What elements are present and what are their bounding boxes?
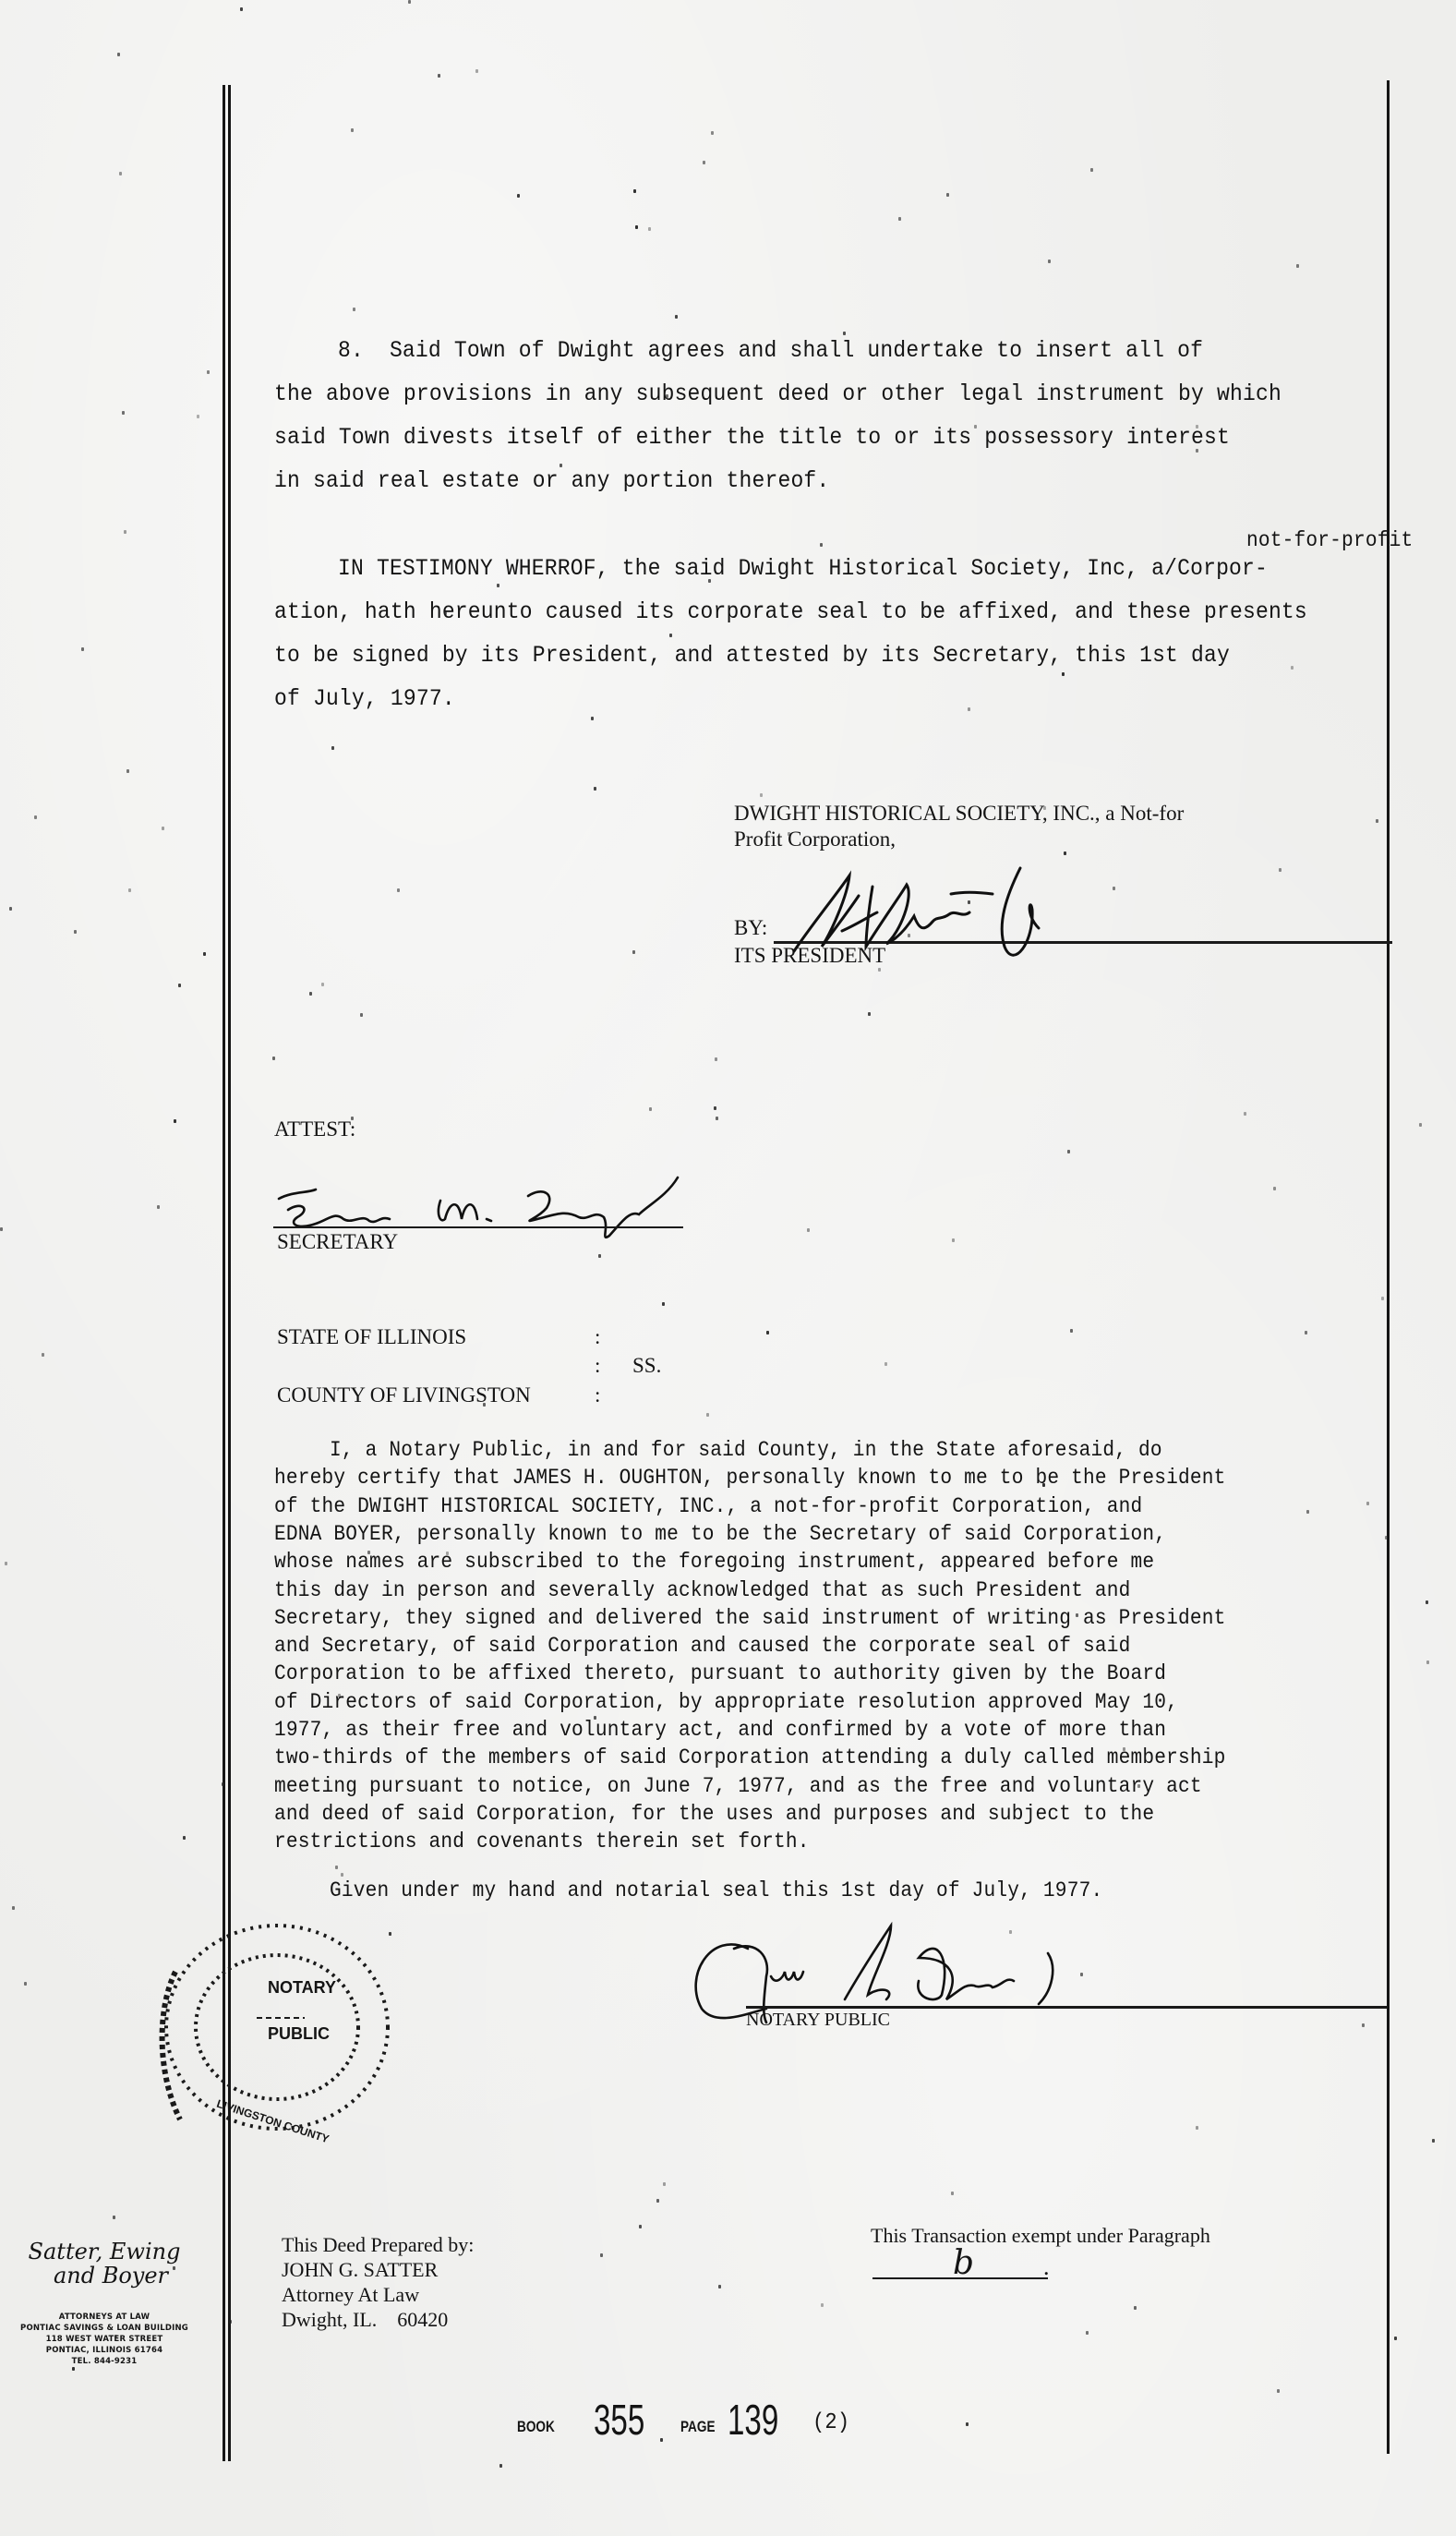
scan-speck [1394, 2337, 1397, 2340]
notary-certificate-line: and Secretary, of said Corporation and c… [274, 1632, 1131, 1660]
scan-speck [807, 1228, 810, 1232]
scan-speck [113, 2216, 115, 2219]
scan-speck [660, 2438, 663, 2442]
scan-speck [1043, 806, 1046, 810]
scan-speck [666, 394, 668, 398]
scan-speck [1306, 1510, 1309, 1514]
paragraph-8-line: 8. Said Town of Dwight agrees and shall … [338, 329, 1203, 372]
scan-speck [338, 1694, 341, 1697]
scan-speck [12, 1906, 15, 1910]
scan-speck [1123, 1747, 1125, 1751]
prepared-by-line: Attorney At Law [282, 2283, 419, 2307]
sheet-number: (2) [812, 2410, 849, 2435]
paragraph-8-line: the above provisions in any subsequent d… [274, 372, 1282, 416]
scan-speck [1137, 1784, 1140, 1788]
prepared-by-line: Dwight, IL. 60420 [282, 2308, 448, 2332]
scan-speck [119, 172, 122, 175]
scan-speck [966, 2422, 969, 2426]
scan-speck [321, 983, 324, 986]
scan-speck [517, 194, 520, 198]
scan-speck [1385, 1536, 1388, 1540]
scan-speck [197, 415, 199, 418]
scan-speck [9, 907, 12, 911]
notary-certificate-line: whose names are subscribed to the forego… [274, 1548, 1154, 1576]
scan-speck [591, 717, 594, 720]
notary-seal-impression [138, 1916, 434, 2175]
scan-speck [162, 827, 164, 830]
notary-certificate-line: I, a Notary Public, in and for said Coun… [330, 1436, 1162, 1464]
notary-certificate-line: meeting pursuant to notice, on June 7, 1… [274, 1772, 1202, 1800]
scan-speck [952, 1238, 955, 1242]
law-firm-detail: PONTIAC, ILLINOIS 61764 [17, 2345, 192, 2356]
scan-speck [444, 611, 447, 615]
notary-certificate-line: of the DWIGHT HISTORICAL SOCIETY, INC., … [274, 1492, 1142, 1520]
scan-speck [335, 1866, 338, 1869]
grantor-name-line: DWIGHT HISTORICAL SOCIETY, INC., a Not-f… [734, 802, 1184, 826]
prepared-by-line: This Deed Prepared by: [282, 2233, 474, 2257]
scan-speck [122, 411, 125, 415]
venue-colon: : [595, 1383, 600, 1407]
scan-speck [1009, 1930, 1012, 1934]
scan-speck [820, 543, 823, 547]
notary-signature-line [746, 2006, 1387, 2009]
paragraph-8-line: in said real estate or any portion there… [274, 459, 829, 502]
notary-certificate-line: EDNA BOYER, personally known to me to be… [274, 1520, 1166, 1548]
scan-speck [446, 1552, 449, 1555]
scan-speck [968, 707, 970, 711]
scan-speck [1291, 666, 1294, 670]
scan-speck [475, 69, 478, 73]
scan-speck [1296, 264, 1299, 268]
scan-speck [1048, 260, 1051, 263]
scan-speck [483, 1403, 486, 1407]
notary-certificate-line: and deed of said Corporation, for the us… [274, 1800, 1154, 1828]
secretary-title: SECRETARY [277, 1230, 398, 1254]
scan-speck [708, 579, 711, 583]
notary-certificate-line: Corporation to be affixed thereto, pursu… [274, 1660, 1166, 1687]
scan-speck [174, 1119, 176, 1123]
scan-speck [117, 53, 120, 56]
scan-speck [560, 464, 562, 467]
seal-top-text: NOTARY [268, 1978, 336, 1998]
scan-speck [157, 1205, 160, 1209]
scan-speck [951, 2192, 954, 2195]
scan-speck [1196, 449, 1198, 453]
scan-speck [594, 787, 596, 791]
testimony-insertion: not-for-profit [1246, 528, 1413, 552]
scan-speck [229, 2320, 232, 2324]
scan-speck [309, 992, 312, 996]
notary-certificate-line: this day in person and severally acknowl… [274, 1576, 1131, 1604]
scan-speck [1381, 1297, 1384, 1300]
notary-certificate-line: two-thirds of the members of said Corpor… [274, 1744, 1226, 1771]
scan-speck [222, 1782, 224, 1786]
scan-speck [648, 227, 651, 231]
scan-speck [1062, 672, 1065, 676]
notary-certificate-line: Secretary, they signed and delivered the… [274, 1604, 1226, 1632]
scan-speck [675, 315, 678, 319]
law-firm-detail: ATTORNEYS AT LAW [17, 2312, 192, 2323]
venue-colon: : [595, 1325, 600, 1349]
scan-speck [635, 225, 638, 229]
scan-speck [389, 1932, 391, 1936]
scan-speck [908, 934, 910, 937]
law-firm-detail: 118 WEST WATER STREET [17, 2334, 192, 2345]
scan-speck [1273, 1187, 1276, 1190]
scan-speck [898, 217, 901, 221]
scan-speck [128, 888, 131, 892]
notary-certificate-line: restrictions and covenants therein set f… [274, 1828, 810, 1855]
scan-speck [633, 189, 636, 193]
scan-speck [173, 2266, 175, 2270]
scan-speck [1366, 1502, 1369, 1505]
book-label: BOOK [517, 2418, 555, 2436]
scan-speck [656, 2199, 659, 2203]
scan-speck [1076, 1613, 1078, 1617]
scan-speck [1113, 887, 1115, 890]
scan-speck [843, 332, 846, 335]
scan-speck [408, 0, 411, 4]
scan-speck [703, 161, 705, 164]
scan-speck [497, 584, 499, 587]
scan-speck [878, 968, 881, 972]
scan-speck [272, 1057, 275, 1060]
law-firm-imprint: Satter, Ewing and Boyer ATTORNEYS AT LAW… [17, 2240, 192, 2367]
scan-speck [1426, 1600, 1428, 1604]
scan-speck [1067, 1150, 1070, 1153]
right-margin-rule [1387, 80, 1390, 2454]
scan-speck [72, 2367, 75, 2371]
scan-speck [1432, 2139, 1435, 2143]
exemption-paragraph-value: b [953, 2244, 974, 2282]
scan-speck [207, 370, 210, 374]
scan-speck [821, 2303, 824, 2307]
scan-speck [203, 952, 206, 956]
scan-speck [240, 7, 243, 11]
paragraph-8-line: said Town divests itself of either the t… [274, 416, 1230, 459]
scan-speck [124, 530, 126, 534]
scan-speck [499, 2464, 502, 2468]
scan-speck [632, 950, 635, 954]
scan-speck [981, 1782, 984, 1786]
exemption-trailing-period: . [1043, 2253, 1050, 2281]
scan-speck [1090, 168, 1093, 172]
scan-speck [360, 1013, 363, 1017]
scan-speck [351, 128, 354, 132]
venue-state: STATE OF ILLINOIS [277, 1325, 466, 1349]
scan-speck [760, 793, 763, 797]
law-firm-detail: PONTIAC SAVINGS & LOAN BUILDING [17, 2323, 192, 2334]
scan-speck [5, 1562, 7, 1565]
scan-speck [42, 1353, 44, 1357]
scan-speck [718, 2285, 721, 2288]
attest-label: ATTEST: [274, 1117, 355, 1141]
secretary-signature-line [273, 1226, 683, 1228]
notary-given-line: Given under my hand and notarial seal th… [330, 1877, 1102, 1904]
scan-speck [1279, 868, 1282, 872]
scan-speck [81, 647, 84, 651]
testimony-line: of July, 1977. [274, 677, 455, 720]
scan-speck [1032, 1611, 1035, 1614]
scan-speck [639, 2225, 642, 2228]
notary-certificate-line: of Directors of said Corporation, by app… [274, 1688, 1178, 1716]
seal-bottom-text: PUBLIC [268, 2024, 330, 2044]
scan-speck [799, 1644, 801, 1648]
scan-speck [884, 1362, 887, 1366]
scan-speck [946, 193, 949, 197]
scan-speck [715, 1057, 717, 1061]
scan-speck [663, 2182, 666, 2186]
scan-speck [353, 308, 355, 311]
scan-speck [1196, 425, 1198, 429]
prepared-by-line: JOHN G. SATTER [282, 2258, 438, 2282]
scan-speck [940, 343, 943, 346]
scan-speck [183, 1836, 186, 1840]
scan-speck [598, 1254, 601, 1258]
grantor-name-line: Profit Corporation, [734, 827, 896, 851]
scan-speck [351, 1117, 354, 1120]
scan-speck [1086, 2331, 1089, 2335]
scan-speck [788, 832, 790, 836]
scan-speck [1196, 2126, 1198, 2130]
scan-speck [1362, 2023, 1365, 2027]
scan-speck [1064, 851, 1066, 855]
scan-speck [178, 984, 181, 987]
scan-speck [1419, 1123, 1422, 1127]
scan-speck [1376, 819, 1378, 823]
venue-county: COUNTY OF LIVINGSTON [277, 1383, 531, 1407]
scan-speck [1277, 2389, 1280, 2393]
testimony-line: ation, hath hereunto caused its corporat… [274, 590, 1307, 634]
scan-speck [331, 746, 334, 750]
scan-speck [669, 634, 672, 637]
scan-speck [711, 131, 714, 135]
scan-speck [126, 769, 129, 773]
law-firm-name-line: Satter, Ewing [17, 2240, 192, 2264]
scan-speck [34, 815, 37, 819]
scan-speck [968, 900, 970, 904]
scan-speck [1134, 2306, 1137, 2310]
notary-title: NOTARY PUBLIC [746, 2010, 890, 2031]
page-label: PAGE [680, 2418, 716, 2436]
notary-certificate-line: hereby certify that JAMES H. OUGHTON, pe… [274, 1464, 1226, 1491]
president-signature [785, 859, 1089, 979]
scan-speck [438, 74, 440, 78]
scan-speck [0, 1227, 3, 1231]
scan-speck [1080, 1973, 1083, 1976]
book-number: 355 [594, 2395, 644, 2445]
scan-speck [341, 1873, 343, 1877]
notary-certificate-line: 1977, as their free and voluntary act, a… [274, 1716, 1166, 1744]
scan-speck [649, 1107, 652, 1111]
scan-speck [600, 2253, 603, 2257]
by-label: BY: [734, 916, 767, 940]
scan-speck [766, 1331, 769, 1334]
page-number: 139 [728, 2395, 778, 2445]
law-firm-detail: TEL. 844-9231 [17, 2356, 192, 2367]
scan-speck [714, 1106, 716, 1110]
scan-speck [716, 1117, 718, 1120]
scan-speck [74, 930, 77, 934]
scan-speck [1305, 1331, 1307, 1334]
scan-speck [24, 1982, 27, 1986]
scan-speck [397, 888, 400, 892]
venue-colon: : [595, 1354, 600, 1378]
exemption-text: This Transaction exempt under Paragraph [871, 2224, 1210, 2248]
testimony-line: to be signed by its President, and attes… [274, 634, 1230, 677]
scan-speck [662, 1302, 665, 1306]
scan-speck [367, 1551, 370, 1554]
venue-ss: SS. [632, 1354, 661, 1378]
testimony-line: IN TESTIMONY WHERROF, the said Dwight Hi… [338, 547, 1268, 590]
scan-speck [1042, 1483, 1045, 1487]
scan-speck [868, 1012, 871, 1016]
scan-speck [114, 2335, 117, 2338]
scan-speck [974, 425, 977, 429]
scan-speck [1426, 1660, 1429, 1664]
law-firm-name-line: and Boyer [17, 2264, 192, 2288]
scan-speck [1244, 1112, 1246, 1116]
scan-speck [706, 1413, 709, 1417]
scan-speck [1070, 1329, 1073, 1333]
scan-speck [594, 1716, 596, 1720]
